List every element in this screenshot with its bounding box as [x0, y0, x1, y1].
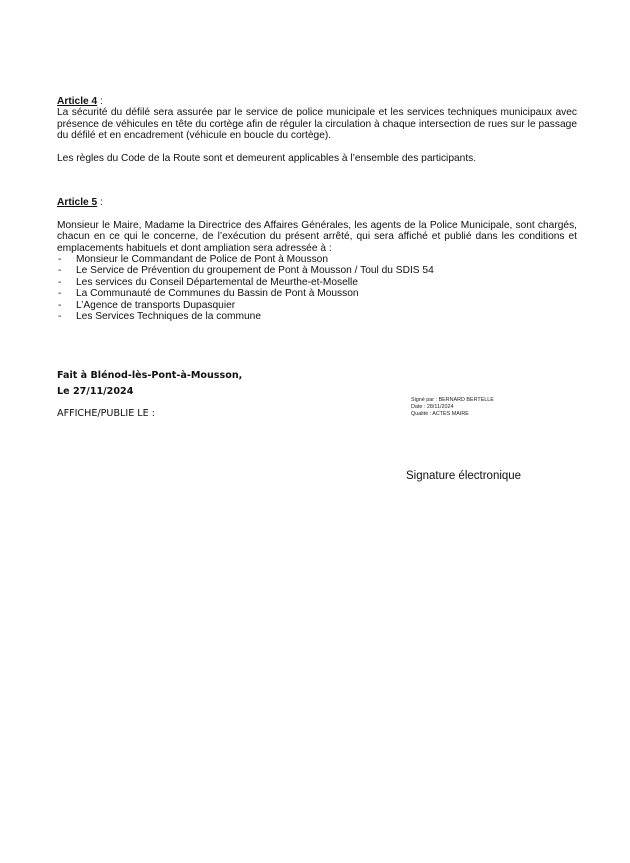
posted-label: AFFICHE/PUBLIE LE :: [57, 406, 577, 422]
signature-date: Date : 28/11/2024: [411, 404, 494, 411]
recipient-text: Monsieur le Commandant de Police de Pont…: [76, 254, 328, 265]
article-4-title: Article 4: [57, 96, 97, 107]
article-4-paragraph-1: La sécurité du défilé sera assurée par l…: [57, 107, 577, 141]
list-item: -Les Services Techniques de la commune: [57, 311, 577, 322]
list-item: -Monsieur le Commandant de Police de Pon…: [57, 254, 577, 265]
article-5-section: Article 5 : Monsieur le Maire, Madame la…: [57, 197, 577, 322]
list-item: -La Communauté de Communes du Bassin de …: [57, 288, 577, 299]
dash-bullet: -: [58, 277, 61, 288]
document-page: Article 4 : La sécurité du défilé sera a…: [0, 0, 630, 863]
heading-colon: :: [97, 197, 103, 208]
article-5-paragraph: Monsieur le Maire, Madame la Directrice …: [57, 220, 577, 254]
recipient-text: La Communauté de Communes du Bassin de P…: [76, 288, 359, 299]
dash-bullet: -: [58, 254, 61, 265]
dash-bullet: -: [58, 300, 61, 311]
list-item: -Les services du Conseil Départemental d…: [57, 277, 577, 288]
article-5-heading: Article 5 :: [57, 197, 577, 208]
recipient-text: Les services du Conseil Départemental de…: [76, 277, 358, 288]
dash-bullet: -: [58, 265, 61, 276]
article-4-section: Article 4 : La sécurité du défilé sera a…: [57, 96, 577, 164]
place-line: Fait à Blénod-lès-Pont-à-Mousson,: [57, 368, 577, 384]
list-item: -Le Service de Prévention du groupement …: [57, 265, 577, 276]
closing-section: Fait à Blénod-lès-Pont-à-Mousson, Le 27/…: [57, 368, 577, 422]
signed-by: Signé par : BERNARD BERTELLE: [411, 397, 494, 404]
recipient-list: -Monsieur le Commandant de Police de Pon…: [57, 254, 577, 322]
article-4-paragraph-2: Les règles du Code de la Route sont et d…: [57, 153, 577, 164]
signature-quality: Qualité : ACTES MAIRE: [411, 411, 494, 418]
article-5-title: Article 5: [57, 197, 97, 208]
article-4-heading: Article 4 :: [57, 96, 577, 107]
dash-bullet: -: [58, 288, 61, 299]
heading-colon: :: [97, 96, 103, 107]
dash-bullet: -: [58, 311, 61, 322]
recipient-text: Le Service de Prévention du groupement d…: [76, 265, 434, 276]
recipient-text: Les Services Techniques de la commune: [76, 311, 261, 322]
recipient-text: L’Agence de transports Dupasquier: [76, 300, 235, 311]
date-line: Le 27/11/2024: [57, 384, 577, 400]
electronic-signature-label: Signature électronique: [406, 470, 521, 482]
list-item: -L’Agence de transports Dupasquier: [57, 300, 577, 311]
signature-stamp: Signé par : BERNARD BERTELLE Date : 28/1…: [411, 397, 494, 419]
